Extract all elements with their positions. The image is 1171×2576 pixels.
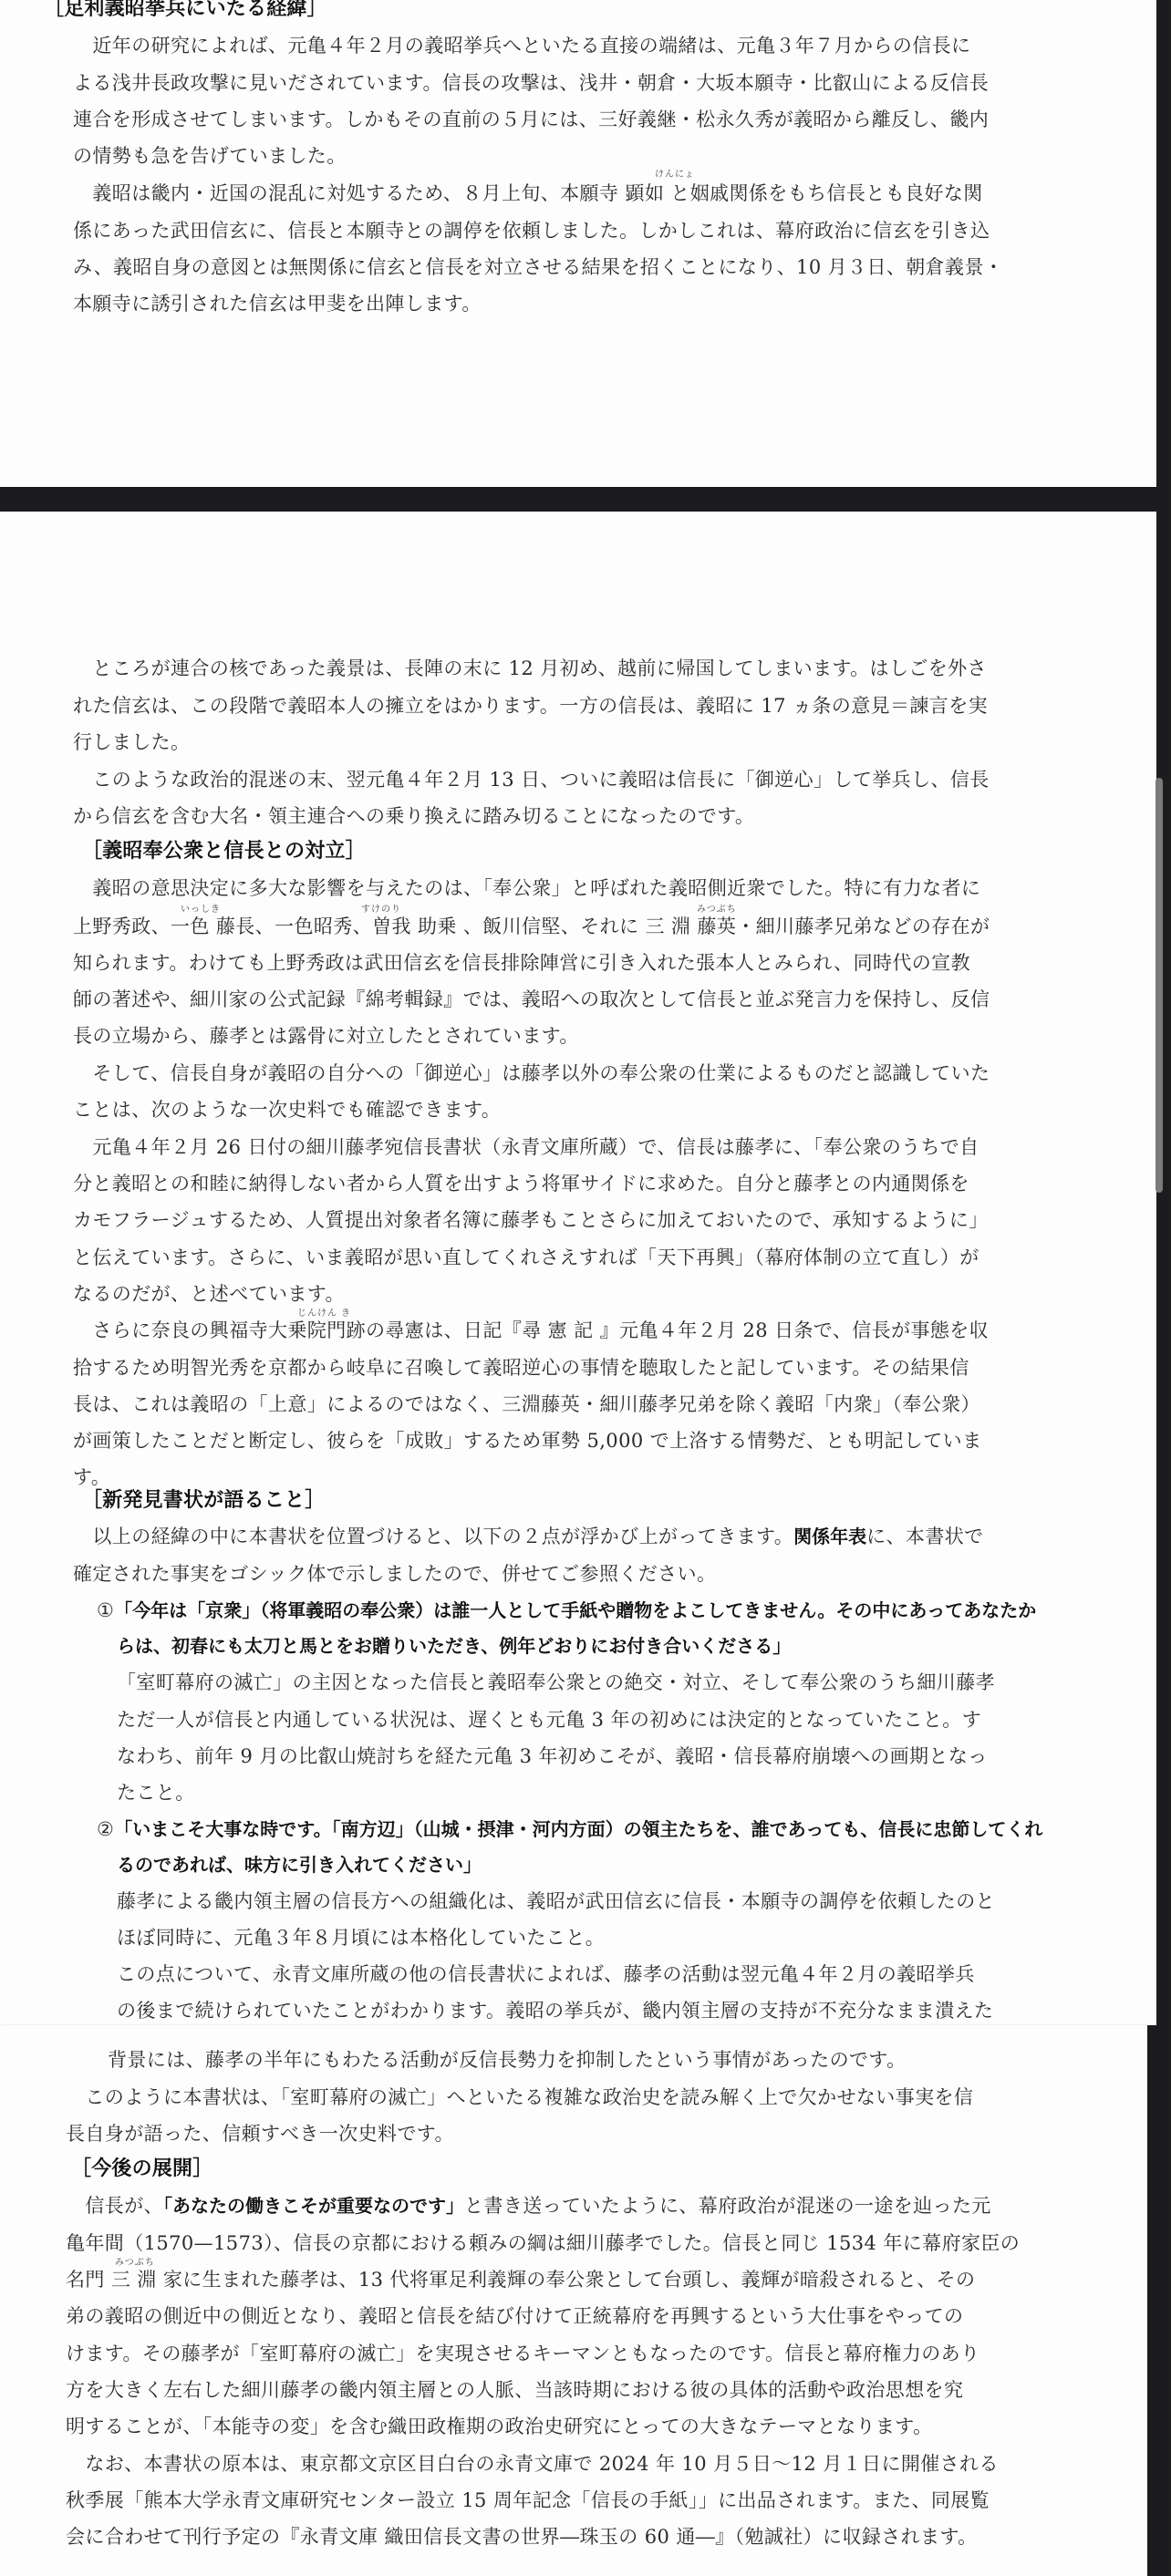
document-page-1: ［足利義昭挙兵にいたる経緯］ 近年の研究によれば、元亀４年２月の義昭挙兵へといた… bbox=[0, 0, 1156, 487]
quote: 「いまこそ大事な時です。「南方辺」（山城・摂津・河内方面）の領主たちを、誰であっ… bbox=[114, 1818, 1042, 1840]
paragraph-line: の情勢も急を告げていました。 bbox=[73, 145, 347, 167]
paragraph-line: 秋季展「熊本大学永青文庫研究センター設立 15 周年記念「信長の手紙」」に出品さ… bbox=[66, 2489, 990, 2511]
item-body-line: ただ一人が信長と内通している状況は、遅くとも元亀 3 年の初めには決定的となって… bbox=[117, 1709, 981, 1731]
paragraph-line: 弟の義昭の側近中の側近となり、義昭と信長を結び付けて正統幕府を再興するという大仕… bbox=[66, 2305, 963, 2327]
text: 以上の経緯の中に本書状を位置づけると、以下の２点が浮かび上がってきます。 bbox=[73, 1526, 793, 1547]
quote: 「あなたの働きこそが重要なのです」 bbox=[163, 2195, 464, 2217]
paragraph-line: 師の著述や、細川家の公式記録『綿考輯録』では、義昭への取次として信長と並ぶ発言力… bbox=[73, 988, 990, 1010]
quote-continuation: らは、初春にも太刀と馬とをお贈りいただき、例年どおりにお付き合いくださる」 bbox=[117, 1635, 791, 1657]
paragraph-line: す。 bbox=[73, 1466, 110, 1488]
paragraph-line: そして、信長自身が義昭の自分への「御逆心」は藤孝以外の奉公衆の仕業によるものだと… bbox=[73, 1062, 990, 1084]
paragraph-line: 名門 三 淵 家に生まれた藤孝は、13 代将軍足利義輝の奉公衆として台頭し、義輝… bbox=[66, 2269, 975, 2291]
paragraph-line: 方を大きく左右した細川藤孝の畿内領主層との人脈、当該時期における彼の具体的活動や… bbox=[66, 2379, 963, 2401]
paragraph-line: 拾するため明智光秀を京都から岐阜に召喚して義昭逆心の事情を聴取したと記しています… bbox=[73, 1357, 969, 1379]
paragraph-line: 長の立場から、藤孝とは露骨に対立したとされています。 bbox=[73, 1025, 579, 1047]
paragraph-line: 明することが、「本能寺の変」を含む織田政権期の政治史研究にとっての大きなテーマと… bbox=[66, 2416, 932, 2437]
section-heading-future: ［今後の展開］ bbox=[71, 2158, 212, 2180]
section-heading-conflict: ［義昭奉公衆と信長との対立］ bbox=[82, 841, 366, 863]
paragraph-line: 連合を形成させてしまいます。しかもその直前の５月には、三好義継・松永久秀が義昭か… bbox=[73, 109, 989, 130]
paragraph-line: 係にあった武田信玄に、信長と本願寺との調停を依頼しました。しかしこれは、幕府政治… bbox=[73, 220, 990, 242]
ruby-sukenori: すけのり bbox=[361, 905, 401, 915]
paragraph-line: このような政治的混迷の末、翌元亀４年２月 13 日、ついに義昭は信長に「御逆心」… bbox=[73, 769, 990, 791]
ruby-mitsubuchi: みつぶち bbox=[697, 905, 737, 915]
paragraph-line: 長は、これは義昭の「上意」によるのではなく、三淵藤英・細川藤孝兄弟を除く義昭「内… bbox=[73, 1393, 980, 1415]
section-heading-new-letter: ［新発見書状が語ること］ bbox=[82, 1490, 325, 1512]
paragraph-line: と伝えています。さらに、いま義昭が思い直してくれさえすれば「天下再興」（幕府体制… bbox=[73, 1247, 979, 1268]
text: と書き送っていたように、幕府政治が混迷の一途を辿った元 bbox=[464, 2195, 991, 2217]
paragraph-line: れた信玄は、この段階で義昭本人の擁立をはかります。一方の信長は、義昭に 17 ヵ… bbox=[73, 695, 988, 717]
paragraph-line: よる浅井長政攻撃に見いだされています。信長の攻撃は、浅井・朝倉・大坂本願寺・比叡… bbox=[73, 72, 989, 94]
item-body-line: 藤孝による畿内領主層の信長方への組織化は、義昭が武田信玄に信長・本願寺の調停を依… bbox=[117, 1890, 995, 1912]
paragraph-line: 義昭は畿内・近国の混乱に対処するため、８月上旬、本願寺 顕如 と姻戚関係をもち信… bbox=[73, 182, 983, 204]
document-page-3: 背景には、藤孝の半年にもわたる活動が反信長勢力を抑制したという事情があったのです… bbox=[0, 2025, 1147, 2576]
ruby-jinkenki: じんけん き bbox=[297, 1309, 351, 1319]
paragraph-line: 知られます。わけても上野秀政は武田信玄を信長排除陣営に引き入れた張本人とみられ、… bbox=[73, 952, 970, 974]
item-body-line: の後まで続けられていたことがわかります。義昭の挙兵が、畿内領主層の支持が不充分な… bbox=[117, 2000, 993, 2022]
paragraph-line: 近年の研究によれば、元亀４年２月の義昭挙兵へといたる直接の端緒は、元亀３年７月か… bbox=[73, 35, 970, 57]
paragraph-line: カモフラージュするため、人質提出対象者名簿に藤孝もことさらに加えておいたので、承… bbox=[73, 1209, 989, 1231]
section-heading-background: ［足利義昭挙兵にいたる経緯］ bbox=[44, 0, 327, 20]
paragraph-line: ことは、次のような一次史料でも確認できます。 bbox=[73, 1099, 501, 1121]
paragraph-line: 行しました。 bbox=[73, 731, 190, 753]
item-marker: ② bbox=[97, 1818, 114, 1840]
timeline-reference: 関係年表 bbox=[793, 1526, 866, 1547]
item-marker: ① bbox=[97, 1599, 114, 1621]
ruby-mitsubuchi: みつぶち bbox=[115, 2259, 155, 2268]
paragraph-line: なお、本書状の原本は、東京都文京区目白台の永青文庫で 2024 年 10 月５日… bbox=[66, 2453, 999, 2475]
paragraph-line: 以上の経緯の中に本書状を位置づけると、以下の２点が浮かび上がってきます。関係年表… bbox=[73, 1526, 984, 1547]
paragraph-line: 会に合わせて刊行予定の『永青文庫 織田信長文書の世界―珠玉の 60 通―』（勉誠… bbox=[66, 2526, 978, 2548]
item-body-line: ほぼ同時に、元亀３年８月頃には本格化していたこと。 bbox=[117, 1927, 605, 1949]
document-page-2: ところが連合の核であった義景は、長陣の末に 12 月初め、越前に帰国してしまいま… bbox=[0, 512, 1156, 2025]
quote-continuation: るのであれば、味方に引き入れてください」 bbox=[117, 1854, 482, 1876]
paragraph-line: 本願寺に誘引された信玄は甲斐を出陣します。 bbox=[73, 293, 482, 315]
paragraph-line: 義昭の意思決定に多大な影響を与えたのは、「奉公衆」と呼ばれた義昭側近衆でした。特… bbox=[73, 877, 980, 899]
numbered-item-1: ①「今年は「京衆」（将軍義昭の奉公衆）は誰一人として手紙や贈物をよこしてきません… bbox=[97, 1599, 1036, 1621]
item-body-line: この点について、永青文庫所蔵の他の信長書状によれば、藤孝の活動は翌元亀４年２月の… bbox=[117, 1963, 975, 1985]
paragraph-line: 長自身が語った、信頼すべき一次史料です。 bbox=[66, 2123, 454, 2145]
text: 信長が、 bbox=[66, 2195, 163, 2217]
text: に、本書状で bbox=[866, 1526, 983, 1547]
paragraph-line: が画策したことだと断定し、彼らを「成敗」するため軍勢 5,000 で上洛する情勢… bbox=[73, 1430, 981, 1452]
paragraph-line: ところが連合の核であった義景は、長陣の末に 12 月初め、越前に帰国してしまいま… bbox=[73, 657, 987, 679]
paragraph-line: 分と義昭との和睦に納得しない者から人質を出すよう将軍サイドに求めた。自分と藤孝と… bbox=[73, 1173, 969, 1195]
paragraph-line: 元亀４年２月 26 日付の細川藤孝宛信長書状（永青文庫所蔵）で、信長は藤孝に、「… bbox=[73, 1136, 979, 1158]
paragraph-line: 亀年間（1570—1573）、信長の京都における頼みの綱は細川藤孝でした。信長と… bbox=[66, 2232, 1020, 2254]
ruby-kennyo: けんにょ bbox=[655, 171, 695, 180]
item-body-line: 「室町幕府の滅亡」の主因となった信長と義昭奉公衆との絶交・対立、そして奉公衆のう… bbox=[117, 1671, 995, 1693]
item-body-line: なわち、前年 9 月の比叡山焼討ちを経た元亀 3 年初めこそが、義昭・信長幕府崩… bbox=[117, 1745, 988, 1767]
numbered-item-2: ②「いまこそ大事な時です。「南方辺」（山城・摂津・河内方面）の領主たちを、誰であ… bbox=[97, 1818, 1042, 1840]
paragraph-line: 上野秀政、一色 藤長、一色昭秀、曽我 助乗 、飯川信堅、それに 三 淵 藤英・細… bbox=[73, 916, 990, 937]
paragraph-line: み、義昭自身の意図とは無関係に信玄と信長を対立させる結果を招くことになり、10 … bbox=[73, 256, 1003, 278]
paragraph-line: けます。その藤孝が「室町幕府の滅亡」を実現させるキーマンともなったのです。信長と… bbox=[66, 2343, 979, 2364]
paragraph-line: なるのだが、と述べています。 bbox=[73, 1283, 345, 1305]
vertical-scrollbar-thumb[interactable] bbox=[1155, 778, 1163, 1193]
quote: 「今年は「京衆」（将軍義昭の奉公衆）は誰一人として手紙や贈物をよこしてきません。… bbox=[114, 1599, 1036, 1621]
paragraph-line: 背景には、藤孝の半年にもわたる活動が反信長勢力を抑制したという事情があったのです… bbox=[108, 2049, 907, 2071]
paragraph-line: このように本書状は、「室町幕府の滅亡」へといたる複雑な政治史を読み解く上で欠かせ… bbox=[66, 2086, 973, 2108]
paragraph-line: から信玄を含む大名・領主連合への乗り換えに踏み切ることになったのです。 bbox=[73, 805, 754, 827]
paragraph-line: さらに奈良の興福寺大乗院門跡の尋憲は、日記『尋 憲 記 』元亀４年２月 28 日… bbox=[73, 1319, 989, 1341]
ruby-isshiki: いっしき bbox=[181, 905, 221, 915]
item-body-line: たこと。 bbox=[117, 1782, 195, 1804]
paragraph-line: 確定された事実をゴシック体で示しましたので、併せてご参照ください。 bbox=[73, 1563, 716, 1585]
paragraph-line: 信長が、「あなたの働きこそが重要なのです」と書き送っていたように、幕府政治が混迷… bbox=[66, 2195, 991, 2217]
